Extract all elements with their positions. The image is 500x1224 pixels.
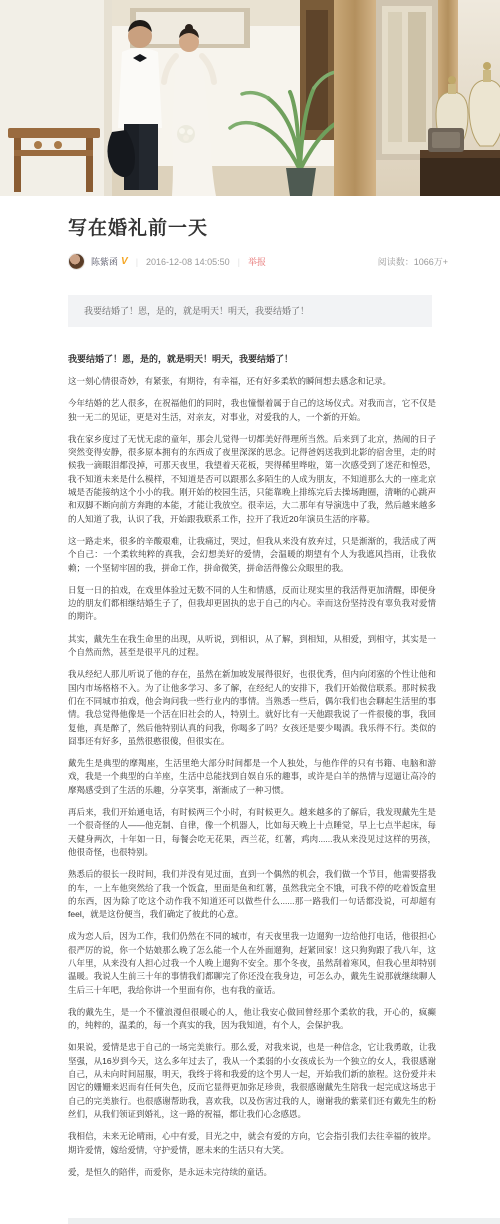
publish-time: 2016-12-08 14:05:50 [146, 257, 230, 267]
paragraph: 成为恋人后，因为工作，我们仍然在不同的城市，有天夜里我一边遛狗一边给他打电话，他… [68, 930, 436, 996]
article-summary-quote: 我要结婚了！恩，是的，就是明天！明天，我要结婚了！ [68, 295, 432, 327]
report-link[interactable]: 举报 [248, 255, 266, 268]
paragraph: 其实，戴先生在我生命里的出现，从听说，到相识，从了解，到相知，从相爱，到相守，其… [68, 633, 436, 660]
paragraph: 戴先生是典型的摩羯座，生活里绝大部分时间都是一个人独处，与他作伴的只有书籍、电脑… [68, 757, 436, 797]
author-name[interactable]: 陈紫函 [91, 255, 118, 268]
footer-section-edge [68, 1218, 500, 1224]
lead-paragraph: 我要结婚了！恩，是的，就是明天！明天，我要结婚了！ [68, 353, 436, 366]
divider: | [238, 257, 240, 267]
paragraph: 今年结婚的艺人很多，在祝福他们的同时，我也憧憬着属于自己的这场仪式。对我而言，它… [68, 397, 436, 424]
page-title: 写在婚礼前一天 [68, 213, 436, 240]
paragraph: 我相信，未来无论晴雨，心中有爱，目光之中，就会有爱的方向，它会指引我们去往幸福的… [68, 1130, 436, 1157]
read-count: 阅读数：1066万+ [378, 255, 448, 268]
paragraph: 如果说，爱情是忠于自己的一场完美旅行。那么爱，对我来说，也是一种信念，它让我勇敢… [68, 1041, 436, 1121]
paragraph: 这一路走来，很多的辛酸艰难，让我痛过，哭过，但我从来没有放弃过，只是渐渐的，我活… [68, 535, 436, 575]
author-avatar[interactable] [68, 253, 85, 270]
paragraph: 熟悉后的很长一段时间，我们并没有见过面，直到一个偶然的机会，我们做一个节目，他需… [68, 868, 436, 921]
paragraph: 爱，是恒久的陪伴，而爱你，是永远未完待续的童话。 [68, 1166, 436, 1179]
paragraph: 再后来，我们开始通电话，有时候两三个小时，有时候更久。越来越多的了解后，我发现戴… [68, 806, 436, 859]
paragraph: 日复一日的拍戏，在戏里体验过无数不同的人生和情感，反而让现实里的我活得更加清醒，… [68, 584, 436, 624]
paragraph: 我的戴先生，是一个不懂浪漫但很暖心的人，他让我安心做回曾经那个柔软的我，开心的，… [68, 1006, 436, 1033]
article-meta: 陈紫函 V | 2016-12-08 14:05:50 | 举报 阅读数：106… [68, 253, 448, 270]
verified-icon: V [121, 256, 128, 267]
paragraph: 我在家乡度过了无忧无虑的童年，那会儿觉得一切都美好得理所当然。后来到了北京，热闹… [68, 433, 436, 526]
article-body: 这一刻心情很奇妙，有紧张，有期待，有幸福，还有好多柔软的瞬间想去感念和记录。今年… [68, 375, 436, 1179]
hero-wedding-photo [0, 0, 500, 196]
paragraph: 这一刻心情很奇妙，有紧张，有期待，有幸福，还有好多柔软的瞬间想去感念和记录。 [68, 375, 436, 388]
paragraph: 我从经纪人那儿听说了他的存在，虽然在新加坡发展得很好，也很优秀，但内向闭塞的个性… [68, 668, 436, 748]
divider: | [136, 257, 138, 267]
